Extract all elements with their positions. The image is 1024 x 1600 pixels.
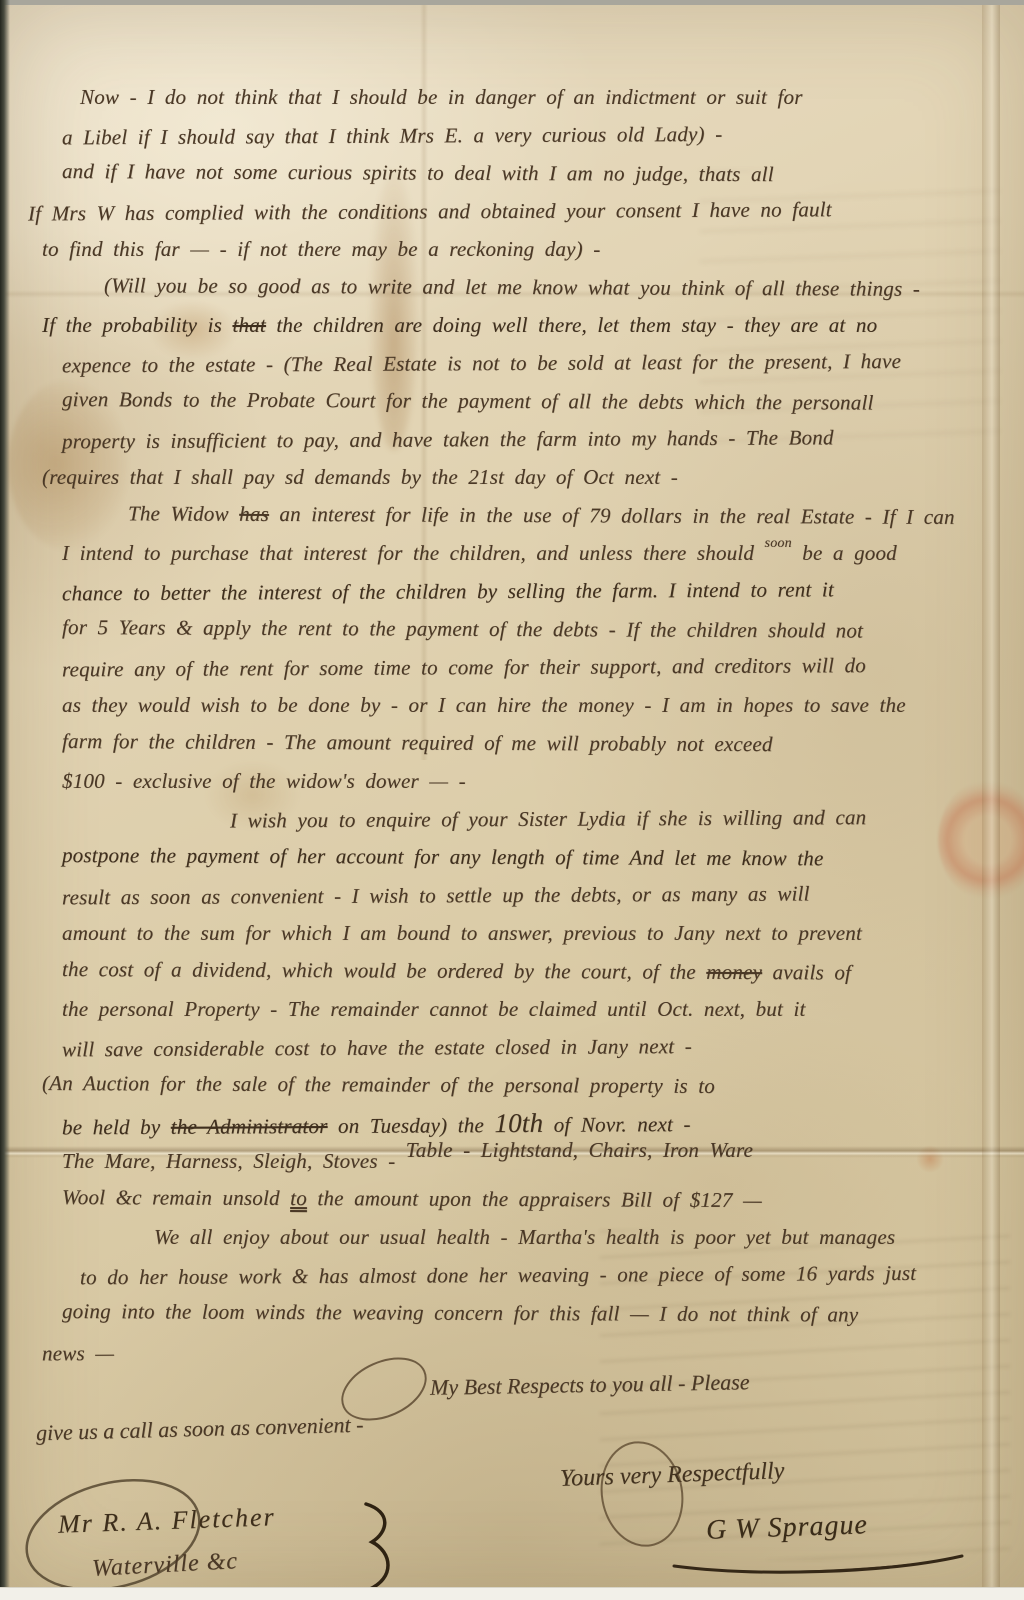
raised-text: Table - Lightstand, Chairs, Iron Ware <box>406 1138 753 1162</box>
scan-edge-top <box>0 0 1024 5</box>
line-segment: The Mare, Harness, Sleigh, Stoves - <box>62 1149 406 1173</box>
letter-line: going into the loom winds the weaving co… <box>62 1292 966 1334</box>
line-segment: an interest for life in the use of 79 do… <box>269 502 955 529</box>
letter-line: $100 - exclusive of the widow's dower — … <box>62 762 966 800</box>
letter-line: postpone the payment of her account for … <box>62 836 966 878</box>
letter-line: (requires that I shall pay sd demands by… <box>42 458 966 496</box>
line-segment: on Tuesday) the <box>327 1113 494 1138</box>
line-segment: the cost of a dividend, which would be o… <box>62 957 706 984</box>
large-numeral: 10th <box>494 1108 543 1138</box>
letter-line: amount to the sum for which I am bound t… <box>62 914 966 952</box>
line-segment: the children are doing well there, let t… <box>266 313 877 337</box>
pen-flourish-oval <box>596 1438 688 1555</box>
line-segment: The Widow <box>128 501 239 525</box>
letter-line: chance to better the interest of the chi… <box>62 570 966 613</box>
letter-line: as they would wish to be done by - or I … <box>62 686 966 724</box>
line-segment: be a good <box>792 541 897 565</box>
line-segment: of Novr. next - <box>543 1112 691 1137</box>
letter-line: The Mare, Harness, Sleigh, Stoves - Tabl… <box>62 1142 966 1180</box>
letter-line: We all enjoy about our usual health - Ma… <box>62 1218 966 1256</box>
underlined-word: to <box>290 1186 307 1210</box>
letter-line: news — <box>42 1330 966 1373</box>
letter-line: If the probability is that the children … <box>42 306 966 344</box>
letter-line: require any of the rent for some time to… <box>62 646 966 689</box>
letter-line: property is insufficient to pay, and hav… <box>62 418 966 461</box>
signature: G W Sprague <box>705 1509 868 1547</box>
letter-line: If Mrs W has complied with the condition… <box>28 190 966 233</box>
address-flourish <box>356 1498 404 1600</box>
struck-text: that <box>232 313 265 337</box>
letter-body: Now - I do not think that I should be in… <box>62 78 966 1370</box>
struck-text: the Administrator <box>171 1114 328 1139</box>
letter-line: result as soon as convenient - I wish to… <box>62 874 966 917</box>
line-segment: the amount upon the appraisers Bill of $… <box>307 1186 762 1212</box>
struck-text: money <box>706 960 762 984</box>
letter-line: the cost of a dividend, which would be o… <box>62 950 966 992</box>
fold-crease <box>982 0 1000 1600</box>
struck-text: has <box>239 502 269 526</box>
letter-line: (An Auction for the sale of the remainde… <box>42 1064 966 1106</box>
line-segment: If the probability is <box>42 313 232 337</box>
letter-line: the personal Property - The remainder ca… <box>62 990 966 1028</box>
scan-edge-bottom <box>0 1587 1024 1600</box>
closing-line: My Best Respects to you all - Please <box>430 1369 750 1401</box>
letter-line: to find this far — - if not there may be… <box>42 230 966 268</box>
letter-line: expence to the estate - (The Real Estate… <box>62 342 966 385</box>
letter-line: farm for the children - The amount requi… <box>62 722 966 764</box>
letter-line: The Widow has an interest for life in th… <box>62 494 966 536</box>
signature-flourish <box>668 1552 968 1583</box>
letter-line: given Bonds to the Probate Court for the… <box>62 380 966 422</box>
letter-line: I intend to purchase that interest for t… <box>62 534 966 572</box>
address-name: Mr R. A. Fletcher <box>58 1502 277 1540</box>
closing-line: give us a call as soon as convenient - <box>36 1412 364 1447</box>
letter-line: I wish you to enquire of your Sister Lyd… <box>62 798 966 841</box>
letter-line: will save considerable cost to have the … <box>62 1026 966 1069</box>
line-segment: be held by <box>62 1115 171 1140</box>
line-segment: avails of <box>762 960 851 984</box>
letter-line: and if I have not some curious spirits t… <box>62 152 966 194</box>
letter-line: Now - I do not think that I should be in… <box>62 78 966 116</box>
line-segment: I intend to purchase that interest for t… <box>62 541 765 565</box>
letter-page: Now - I do not think that I should be in… <box>0 0 1024 1600</box>
letter-line: Wool &c remain unsold to the amount upon… <box>62 1178 966 1220</box>
letter-line: for 5 Years & apply the rent to the paym… <box>62 608 966 650</box>
letter-line: a Libel if I should say that I think Mrs… <box>62 114 966 157</box>
inserted-word: soon <box>765 536 792 551</box>
scan-edge-left <box>0 0 10 1592</box>
line-segment: Wool &c remain unsold <box>62 1185 290 1210</box>
letter-line: (Will you be so good as to write and let… <box>62 266 966 308</box>
letter-line: to do her house work & has almost done h… <box>62 1254 966 1297</box>
